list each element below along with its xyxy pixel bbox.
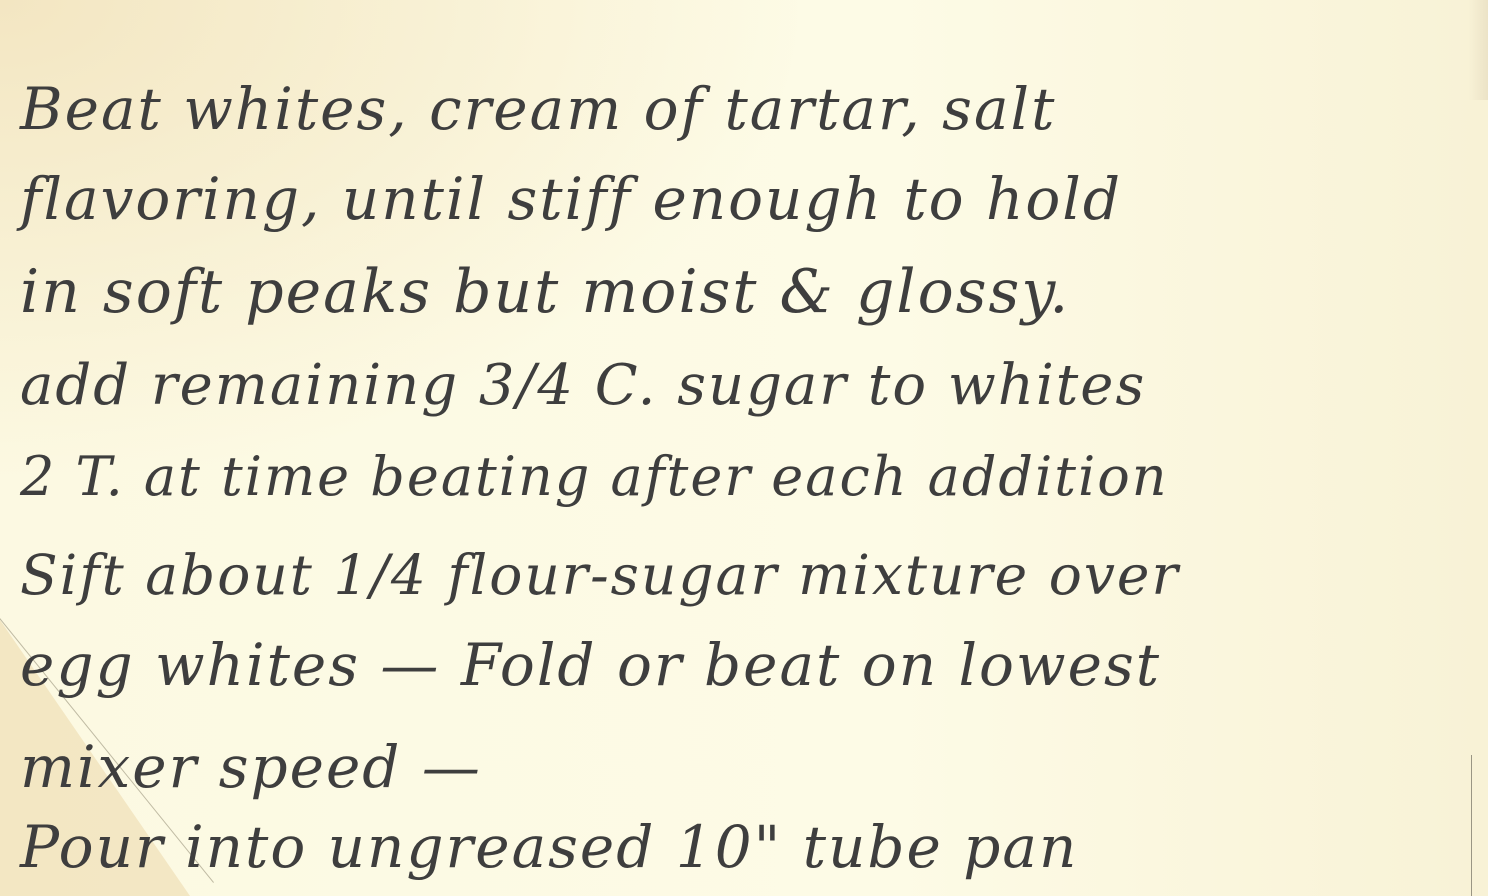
paper-shade xyxy=(1468,0,1488,100)
recipe-line-4: add remaining 3/4 C. sugar to whites xyxy=(20,358,1146,414)
recipe-line-1: Beat whites, cream of tartar, salt xyxy=(20,80,1056,138)
recipe-line-2: flavoring, until stiff enough to hold xyxy=(20,170,1122,228)
recipe-line-3: in soft peaks but moist & glossy. xyxy=(20,262,1070,322)
edge-mark xyxy=(1471,755,1472,896)
recipe-card: Beat whites, cream of tartar, salt flavo… xyxy=(0,0,1488,896)
recipe-line-8: mixer speed — xyxy=(20,738,482,796)
recipe-line-7: egg whites — Fold or beat on lowest xyxy=(20,636,1161,694)
recipe-line-6: Sift about 1/4 flour-sugar mixture over xyxy=(20,548,1180,603)
recipe-line-9: Pour into ungreased 10" tube pan xyxy=(20,818,1078,876)
recipe-line-5: 2 T. at time beating after each addition xyxy=(20,450,1169,504)
